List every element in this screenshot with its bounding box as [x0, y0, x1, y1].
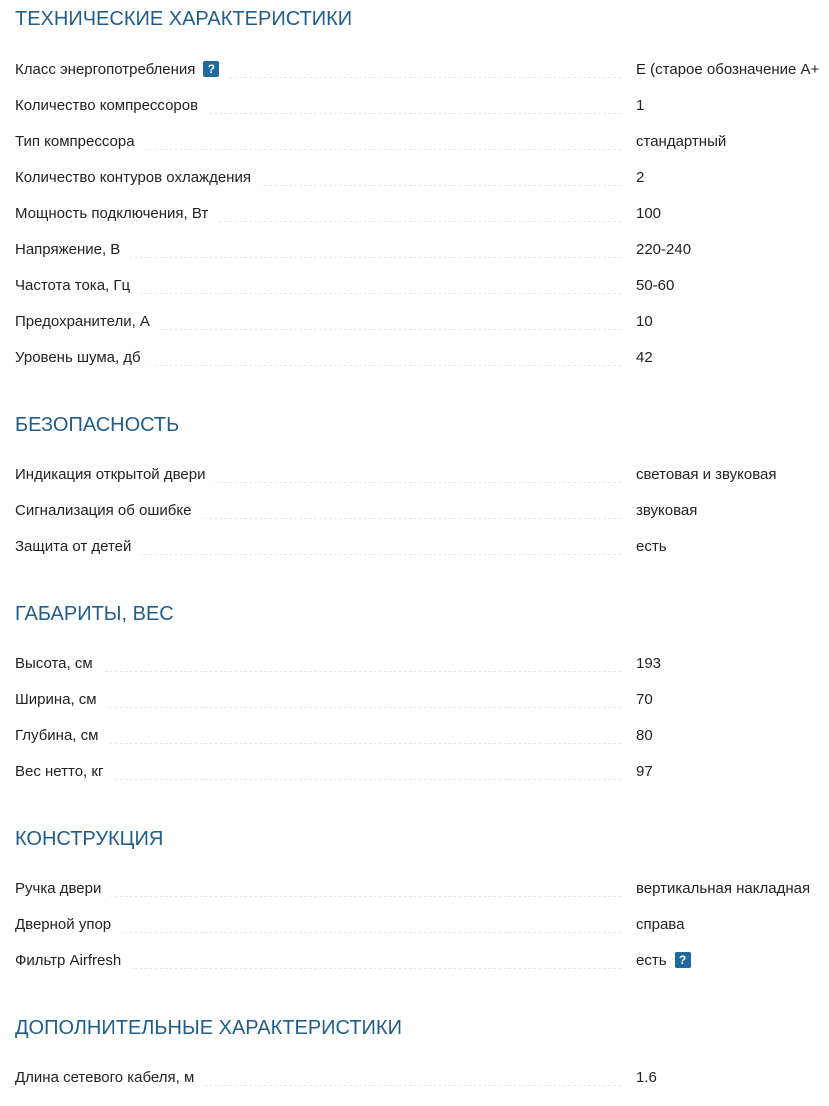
spec-row: Индикация открытой двери световая и звук… — [15, 465, 829, 485]
spec-value: 97 — [636, 762, 653, 782]
spec-value: есть? — [636, 951, 691, 971]
spec-row: Частота тока, Гц 50-60 — [15, 276, 829, 296]
spec-value: 1 — [636, 96, 644, 116]
spec-name: Глубина, см — [15, 726, 108, 746]
spec-row: Фильтр Airfresh есть? — [15, 951, 829, 971]
spec-row: Длина сетевого кабеля, м 1.6 — [15, 1068, 829, 1088]
spec-name: Напряжение, В — [15, 240, 130, 260]
spec-value: 80 — [636, 726, 653, 746]
spec-row: Глубина, см 80 — [15, 726, 829, 746]
spec-value: 50-60 — [636, 276, 674, 296]
spec-value: есть — [636, 537, 667, 557]
spec-name: Защита от детей — [15, 537, 141, 557]
spec-row: Предохранители, А 10 — [15, 312, 829, 332]
spec-value: 220-240 — [636, 240, 691, 260]
spec-name: Уровень шума, дб — [15, 348, 151, 368]
spec-name: Класс энергопотребления? — [15, 60, 229, 80]
spec-value: 10 — [636, 312, 653, 332]
spec-name: Ширина, см — [15, 690, 107, 710]
spec-value: световая и звуковая — [636, 465, 777, 485]
spec-name: Количество компрессоров — [15, 96, 208, 116]
spec-name: Ручка двери — [15, 879, 111, 899]
spec-row: Дверной упор справа — [15, 915, 829, 935]
spec-value: E (старое обозначение A+ — [636, 60, 819, 80]
spec-value: 2 — [636, 168, 644, 188]
spec-value: 70 — [636, 690, 653, 710]
spec-name: Предохранители, А — [15, 312, 160, 332]
spec-name: Высота, см — [15, 654, 103, 674]
section-title-safety: БЕЗОПАСНОСТЬ — [15, 414, 179, 437]
spec-name: Сигнализация об ошибке — [15, 501, 201, 521]
spec-value: 42 — [636, 348, 653, 368]
spec-row: Класс энергопотребления? E (старое обозн… — [15, 60, 829, 80]
section-title-dimensions: ГАБАРИТЫ, ВЕС — [15, 603, 174, 626]
spec-name: Длина сетевого кабеля, м — [15, 1068, 204, 1088]
spec-value: стандартный — [636, 132, 726, 152]
spec-row: Ручка двери вертикальная накладная — [15, 879, 829, 899]
spec-row: Вес нетто, кг 97 — [15, 762, 829, 782]
spec-row: Защита от детей есть — [15, 537, 829, 557]
spec-row: Уровень шума, дб 42 — [15, 348, 829, 368]
help-icon[interactable]: ? — [675, 952, 691, 968]
spec-name: Мощность подключения, Вт — [15, 204, 218, 224]
spec-value: справа — [636, 915, 684, 935]
spec-row: Высота, см 193 — [15, 654, 829, 674]
spec-row: Мощность подключения, Вт 100 — [15, 204, 829, 224]
spec-row: Напряжение, В 220-240 — [15, 240, 829, 260]
spec-value: вертикальная накладная — [636, 879, 810, 899]
spec-row: Сигнализация об ошибке звуковая — [15, 501, 829, 521]
spec-name: Дверной упор — [15, 915, 121, 935]
leader-line — [15, 671, 621, 672]
spec-value: звуковая — [636, 501, 697, 521]
section-title-additional: ДОПОЛНИТЕЛЬНЫЕ ХАРАКТЕРИСТИКИ — [15, 1017, 402, 1040]
spec-name: Количество контуров охлаждения — [15, 168, 261, 188]
spec-name: Вес нетто, кг — [15, 762, 113, 782]
section-title-construction: КОНСТРУКЦИЯ — [15, 828, 163, 851]
spec-value: 193 — [636, 654, 661, 674]
section-title-technical: ТЕХНИЧЕСКИЕ ХАРАКТЕРИСТИКИ — [15, 8, 352, 31]
spec-row: Тип компрессора стандартный — [15, 132, 829, 152]
spec-name: Тип компрессора — [15, 132, 145, 152]
spec-name: Индикация открытой двери — [15, 465, 215, 485]
spec-value: 100 — [636, 204, 661, 224]
spec-name: Частота тока, Гц — [15, 276, 140, 296]
spec-row: Количество контуров охлаждения 2 — [15, 168, 829, 188]
spec-value: 1.6 — [636, 1068, 657, 1088]
spec-name: Фильтр Airfresh — [15, 951, 131, 971]
spec-row: Ширина, см 70 — [15, 690, 829, 710]
spec-row: Количество компрессоров 1 — [15, 96, 829, 116]
help-icon[interactable]: ? — [203, 61, 219, 77]
